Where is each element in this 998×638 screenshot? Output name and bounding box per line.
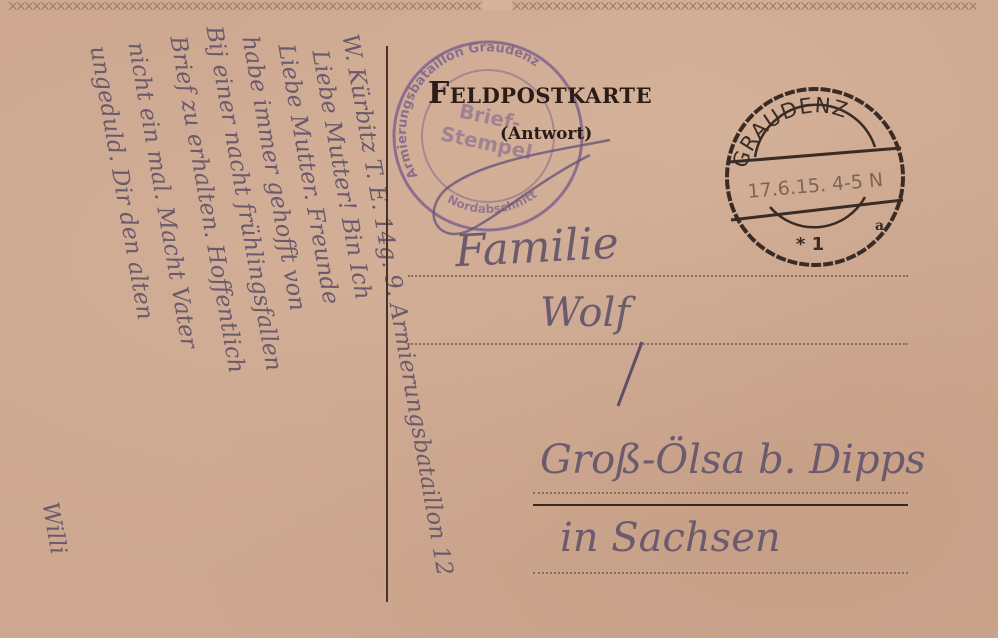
postmark-side-mark: a — [875, 218, 884, 234]
card-title: Feldpostkarte — [428, 76, 652, 111]
handwritten-message: W. Kürbitz T. E. 14g. 9. Armierungsbatai… — [40, 40, 360, 600]
address-recipient: Familie — [454, 218, 620, 278]
graudenz-postmark: GRAUDENZ 17.6.15. 4-5 N * 1 a — [715, 82, 915, 272]
card-subtitle: (Antwort) — [500, 124, 592, 144]
address-line-3-rule — [533, 492, 908, 494]
address-name: Wolf — [540, 290, 630, 336]
postmark-city: GRAUDENZ — [728, 93, 852, 171]
address-town: Groß-Ölsa b. Dipps — [540, 437, 926, 483]
address-region: in Sachsen — [560, 515, 781, 561]
postmark-number: * 1 — [796, 234, 824, 255]
address-line-2-rule — [408, 343, 908, 345]
signature: Willi — [36, 500, 71, 556]
address-line-4-rule — [533, 572, 908, 574]
ink-stroke — [610, 340, 650, 410]
address-underline — [533, 504, 908, 506]
postcard: W. Kürbitz T. E. 14g. 9. Armierungsbatai… — [0, 0, 998, 638]
perforation-gap — [482, 0, 512, 10]
svg-text:GRAUDENZ: GRAUDENZ — [728, 93, 852, 171]
